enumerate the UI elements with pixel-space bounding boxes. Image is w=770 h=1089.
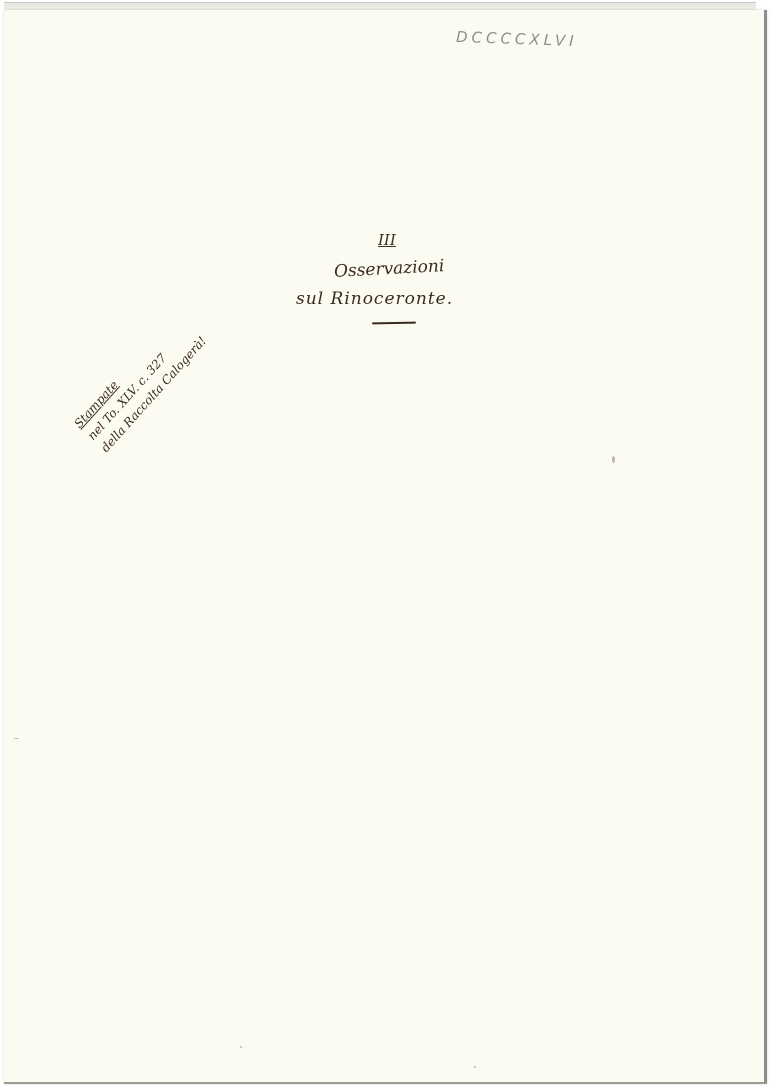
title-line-2: sul Rinoceronte. [296,289,453,309]
section-numeral: III [378,231,396,249]
scan-canvas: DCCCCXLVI III Osservazioni sul Rinoceron… [0,0,770,1089]
manuscript-page [4,10,767,1084]
